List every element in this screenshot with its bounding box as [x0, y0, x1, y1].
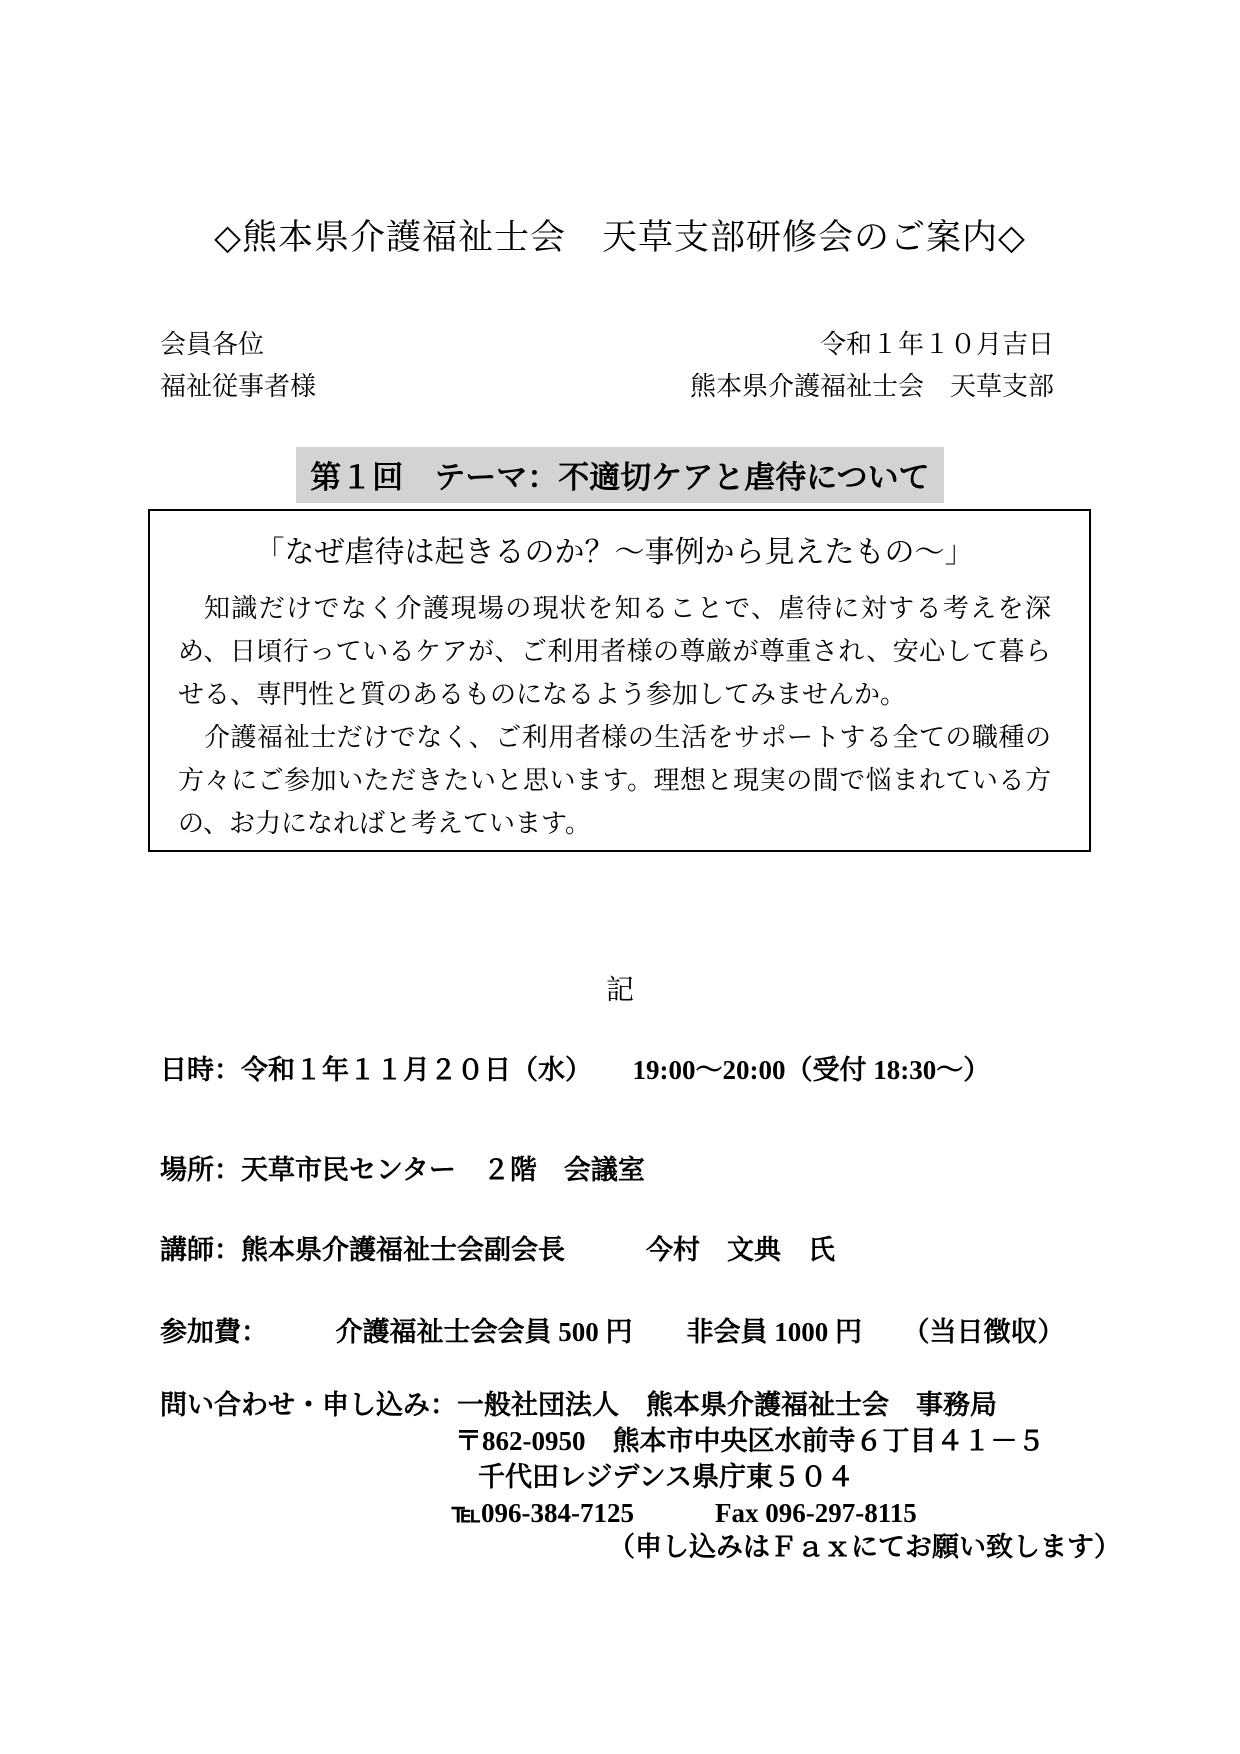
recipient-line-1: 会員各位	[160, 324, 316, 366]
postal-address-line: 〒862-0950 熊本市中央区水前寺６丁目４１－５	[455, 1419, 1045, 1458]
theme-heading: 第１回 テーマ：不適切ケアと虐待について	[296, 447, 943, 503]
description-paragraph-1: 知識だけでなく介護現場の現状を知ることで、虐待に対する考えを深め、日頃行っている…	[178, 587, 1051, 716]
lecturer-line: 講師：熊本県介護福祉士会副会長 今村 文典 氏	[160, 1228, 835, 1267]
recipient-line-2: 福祉従事者様	[160, 366, 316, 408]
page-title: ◇熊本県介護福祉士会 天草支部研修会のご案内◇	[0, 210, 1240, 260]
datetime-line: 日時：令和１年１１月２０日（水） 19:00～20:00（受付 18:30～）	[160, 1048, 990, 1087]
fax-note-line: （申し込みはＦａｘにてお願い致します）	[608, 1525, 1121, 1564]
sender-name: 熊本県介護福祉士会 天草支部	[690, 366, 1054, 408]
contact-heading-line: 問い合わせ・申し込み：一般社団法人 熊本県介護福祉士会 事務局	[160, 1383, 997, 1422]
sender-block: 令和１年１０月吉日 熊本県介護福祉士会 天草支部	[690, 324, 1054, 408]
seminar-subtitle: 「なぜ虐待は起きるのか？～事例から見えたもの～」	[178, 527, 1051, 571]
description-paragraph-2: 介護福祉士だけでなく、ご利用者様の生活をサポートする全ての職種の方々にご参加いた…	[178, 716, 1051, 845]
fee-line: 参加費： 介護福祉士会会員 500 円 非会員 1000 円 （当日徴収）	[160, 1310, 1065, 1349]
building-line: 千代田レジデンス県庁東５０４	[478, 1455, 854, 1494]
place-line: 場所：天草市民センター ２階 会議室	[160, 1148, 645, 1187]
record-mark: 記	[0, 968, 1240, 1008]
issue-date: 令和１年１０月吉日	[690, 324, 1054, 366]
document-header: 会員各位 福祉従事者様 令和１年１０月吉日 熊本県介護福祉士会 天草支部	[160, 324, 1054, 408]
recipient-block: 会員各位 福祉従事者様	[160, 324, 316, 408]
description-box: 「なぜ虐待は起きるのか？～事例から見えたもの～」 知識だけでなく介護現場の現状を…	[148, 509, 1091, 852]
document-page: ◇熊本県介護福祉士会 天草支部研修会のご案内◇ 会員各位 福祉従事者様 令和１年…	[0, 0, 1240, 1754]
theme-heading-row: 第１回 テーマ：不適切ケアと虐待について	[0, 447, 1240, 503]
